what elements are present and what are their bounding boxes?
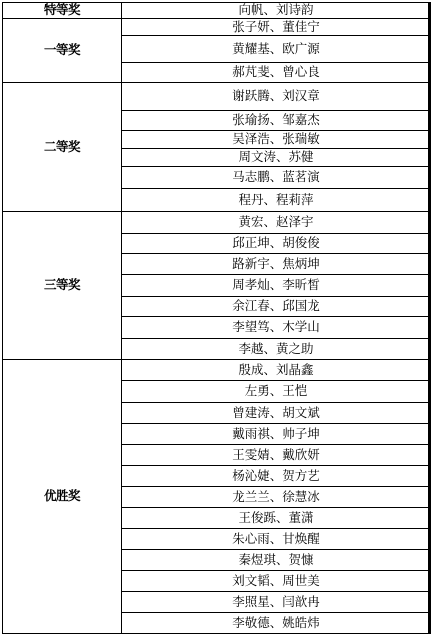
table-row: 二等奖谢跃腾、刘汉章 <box>3 83 431 111</box>
winner-names-cell: 程丹、程莉萍 <box>122 189 431 212</box>
winner-names-cell: 黄耀基、欧广源 <box>122 36 431 63</box>
winner-names-cell: 张子妍、董佳宁 <box>122 19 431 36</box>
winner-names-cell: 左勇、王恺 <box>122 381 431 403</box>
winner-names-cell: 黄宏、赵泽宇 <box>122 212 431 234</box>
winner-names-cell: 王俊跞、董潇 <box>122 508 431 529</box>
winner-names-cell: 曾建涛、胡文斌 <box>122 403 431 424</box>
table-row: 一等奖张子妍、董佳宁 <box>3 19 431 36</box>
winner-names-cell: 王雯婧、戴欣妍 <box>122 445 431 466</box>
winner-names-cell: 龙兰兰、徐慧冰 <box>122 487 431 508</box>
winner-names-cell: 吴泽浩、张瑞敏 <box>122 131 431 149</box>
award-level-label: 优胜奖 <box>3 360 122 634</box>
winner-names-cell: 戴雨祺、帅子坤 <box>122 424 431 445</box>
table-right-border <box>428 2 430 634</box>
winner-names-cell: 秦煜琪、贺慷 <box>122 550 431 571</box>
winner-names-cell: 余江春、邱国龙 <box>122 297 431 317</box>
winner-names-cell: 李越、黄之助 <box>122 339 431 360</box>
awards-table-body: 特等奖向帆、刘诗韵一等奖张子妍、董佳宁黄耀基、欧广源郝芃斐、曾心良二等奖谢跃腾、… <box>3 3 431 634</box>
winner-names-cell: 刘文韬、周世美 <box>122 571 431 592</box>
winner-names-cell: 邱正坤、胡俊俊 <box>122 234 431 254</box>
table-row: 优胜奖殷成、刘晶鑫 <box>3 360 431 381</box>
winner-names-cell: 朱心雨、甘焕醒 <box>122 529 431 550</box>
award-level-label: 三等奖 <box>3 212 122 360</box>
winner-names-cell: 殷成、刘晶鑫 <box>122 360 431 381</box>
winner-names-cell: 李望笃、木学山 <box>122 317 431 339</box>
winner-names-cell: 郝芃斐、曾心良 <box>122 63 431 83</box>
winner-names-cell: 周孝灿、李昕皙 <box>122 275 431 297</box>
winner-names-cell: 杨沁婕、贺方艺 <box>122 466 431 487</box>
winner-names-cell: 路新宇、焦炳坤 <box>122 254 431 275</box>
table-row: 特等奖向帆、刘诗韵 <box>3 3 431 19</box>
winner-names-cell: 马志鹏、蓝茗演 <box>122 167 431 189</box>
winner-names-cell: 张瑜扬、邹嘉杰 <box>122 111 431 131</box>
winner-names-cell: 李照星、闫歆冉 <box>122 592 431 613</box>
table-row: 三等奖黄宏、赵泽宇 <box>3 212 431 234</box>
award-level-label: 二等奖 <box>3 83 122 212</box>
award-level-label: 一等奖 <box>3 19 122 83</box>
winner-names-cell: 谢跃腾、刘汉章 <box>122 83 431 111</box>
winner-names-cell: 周文涛、苏健 <box>122 149 431 167</box>
awards-table: 特等奖向帆、刘诗韵一等奖张子妍、董佳宁黄耀基、欧广源郝芃斐、曾心良二等奖谢跃腾、… <box>2 2 431 634</box>
winner-names-cell: 李敬德、姚皓炜 <box>122 613 431 634</box>
winner-names-cell: 向帆、刘诗韵 <box>122 3 431 19</box>
award-level-label: 特等奖 <box>3 3 122 19</box>
